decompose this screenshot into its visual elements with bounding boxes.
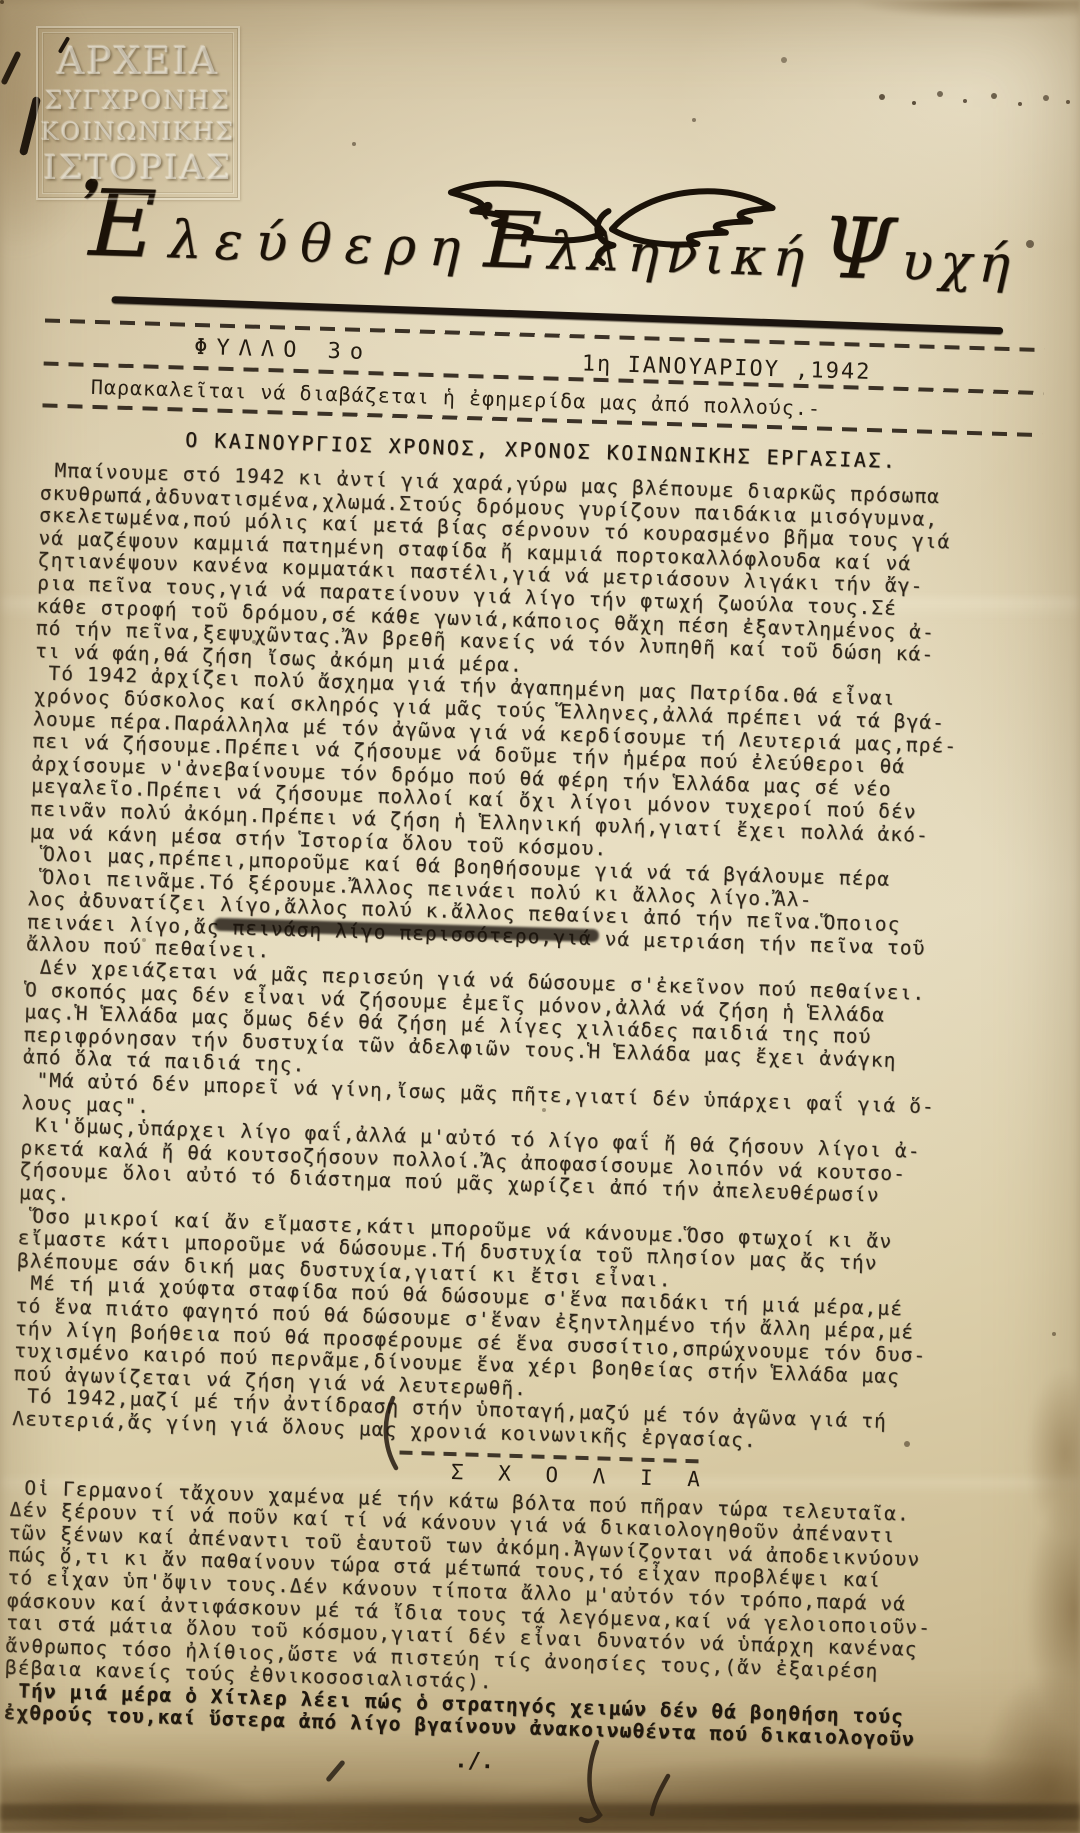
watermark-line: ΙΣΤΟΡΙΑΣ [38, 149, 238, 187]
scanned-newspaper-page: ΑΡΧΕΙΑ ΣΥΓΧΡΟΝΗΣ ΚΟΙΝΩΝΙΚΗΣ ΙΣΤΟΡΙΑΣ Ἐλε… [0, 0, 1080, 1833]
stain-bottom-streak [0, 1804, 1080, 1820]
comments-paragraph: Οἱ Γερμανοί τἄχουν χαμένα μέ τήν κάτω βό… [5, 1476, 1011, 1709]
ink-mark [0, 51, 21, 86]
article-paragraph: Τό 1942 ἀρχίζει πολύ ἄσχημα γιά τήν ἀγαπ… [29, 663, 1034, 873]
article-paragraph: Μπαίνουμε στό 1942 κι ἀντί γιά χαρά,γύρω… [35, 459, 1041, 692]
ink-speckles [0, 0, 4, 4]
end-mark: ./. [454, 1748, 1003, 1789]
page-content: Ἐλεύθερη Ἑλληνική Ψυχή ΦΥΛΛΟ 3ο 1η ΙΑΝΟΥ… [0, 150, 1050, 1790]
watermark-line: ΑΡΧΕΙΑ [38, 40, 238, 83]
issue-number: ΦΥΛΛΟ 3ο [194, 335, 373, 365]
watermark-line: ΚΟΙΝΩΝΙΚΗΣ [38, 119, 238, 146]
archive-watermark: ΑΡΧΕΙΑ ΣΥΓΧΡΟΝΗΣ ΚΟΙΝΩΝΙΚΗΣ ΙΣΤΟΡΙΑΣ [36, 26, 240, 200]
watermark-line: ΣΥΓΧΡΟΝΗΣ [38, 87, 238, 115]
title-word: Ἑλληνική [474, 195, 812, 295]
comments-divider [399, 1450, 699, 1463]
stain-top-right [830, 0, 1080, 30]
title-word: Ψυχή [820, 198, 1019, 302]
title-underline [111, 296, 1003, 334]
